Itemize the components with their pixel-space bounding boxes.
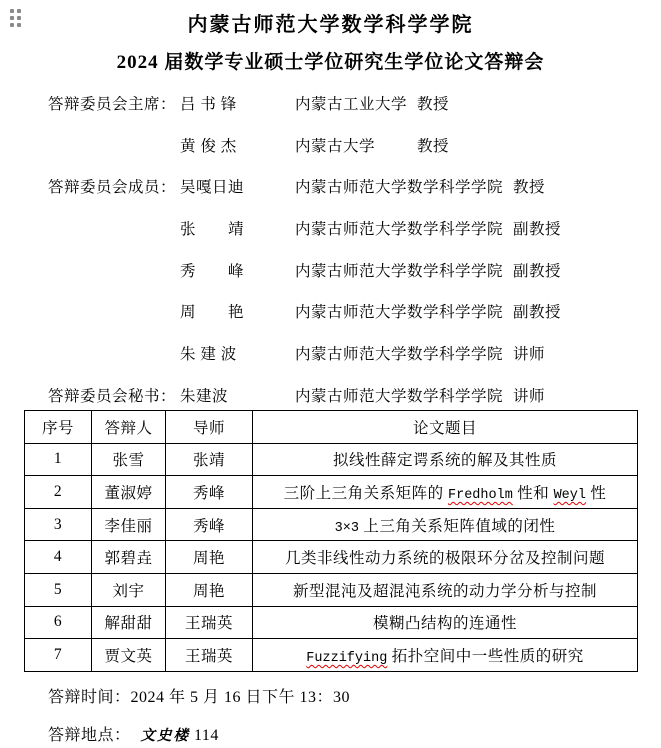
- defense-time-line: 答辩时间：2024 年 5 月 16 日下午 13：30: [48, 684, 350, 707]
- member-name: 秀 峰: [180, 259, 295, 281]
- committee-row: 秀 峰 内蒙古师范大学数学科学学院 副教授: [48, 259, 655, 301]
- cell-thesis-title: 模糊凸结构的连通性: [253, 606, 638, 639]
- cell-no: 5: [25, 573, 92, 606]
- cell-thesis-title: 几类非线性动力系统的极限环分岔及控制问题: [253, 541, 638, 574]
- cell-advisor: 周艳: [166, 573, 253, 606]
- cell-no: 3: [25, 508, 92, 541]
- committee-row: 周 艳 内蒙古师范大学数学科学学院 副教授: [48, 300, 655, 342]
- member-affiliation: 内蒙古师范大学数学科学学院: [295, 217, 503, 239]
- col-header-thesis: 论文题目: [253, 411, 638, 444]
- document-page: 内蒙古师范大学数学科学学院 2024 届数学专业硕士学位研究生学位论文答辩会 答…: [0, 0, 661, 748]
- table-row: 4 郭碧垚 周艳 几类非线性动力系统的极限环分岔及控制问题: [25, 541, 638, 574]
- cell-defender: 李佳丽: [92, 508, 166, 541]
- member-name: 张 靖: [180, 217, 295, 239]
- member-name: 吴嘎日迪: [180, 175, 295, 197]
- cell-advisor: 秀峰: [166, 476, 253, 509]
- member-title: 副教授: [513, 259, 561, 281]
- page-subtitle: 2024 届数学专业硕士学位研究生学位论文答辩会: [0, 47, 661, 74]
- table-row: 3 李佳丽 秀峰 3×3 上三角关系矩阵值域的闭性: [25, 508, 638, 541]
- cell-defender: 解甜甜: [92, 606, 166, 639]
- committee-row: 张 靖 内蒙古师范大学数学科学学院 副教授: [48, 217, 655, 259]
- member-title: 教授: [417, 134, 449, 156]
- member-affiliation: 内蒙古师范大学数学科学学院: [295, 175, 503, 197]
- member-affiliation: 内蒙古大学: [295, 134, 407, 156]
- defense-time-value: 2024 年 5 月 16 日下午 13：30: [131, 689, 351, 706]
- cell-no: 4: [25, 541, 92, 574]
- table-row: 7 贾文英 王瑞英 Fuzzifying 拓扑空间中一些性质的研究: [25, 639, 638, 672]
- member-title: 教授: [417, 92, 449, 114]
- defense-schedule-table: 序号 答辩人 导师 论文题目 1 张雪 张靖 拟线性薛定谔系统的解及其性质 2 …: [24, 410, 638, 672]
- member-name: 朱建波: [180, 384, 295, 406]
- member-name: 朱 建 波: [180, 342, 295, 364]
- misspelled-word: Fuzzifying: [306, 651, 387, 666]
- defense-place-number: 114: [194, 727, 219, 744]
- cell-thesis-title: Fuzzifying 拓扑空间中一些性质的研究: [253, 639, 638, 672]
- cell-advisor: 张靖: [166, 443, 253, 476]
- cell-thesis-title: 拟线性薛定谔系统的解及其性质: [253, 443, 638, 476]
- member-name: 黄 俊 杰: [180, 134, 295, 156]
- table-header-row: 序号 答辩人 导师 论文题目: [25, 411, 638, 444]
- table-row: 6 解甜甜 王瑞英 模糊凸结构的连通性: [25, 606, 638, 639]
- cell-defender: 刘宇: [92, 573, 166, 606]
- committee-row: 朱 建 波 内蒙古师范大学数学科学学院 讲师: [48, 342, 655, 384]
- cell-thesis-title: 新型混沌及超混沌系统的动力学分析与控制: [253, 573, 638, 606]
- member-title: 副教授: [513, 300, 561, 322]
- cell-no: 2: [25, 476, 92, 509]
- member-affiliation: 内蒙古师范大学数学科学学院: [295, 259, 503, 281]
- cell-thesis-title: 3×3 上三角关系矩阵值域的闭性: [253, 508, 638, 541]
- cell-defender: 贾文英: [92, 639, 166, 672]
- member-title: 讲师: [513, 342, 545, 364]
- committee-secretary-label: 答辩委员会秘书：: [48, 384, 180, 406]
- cell-advisor: 秀峰: [166, 508, 253, 541]
- committee-chair-label: 答辩委员会主席：: [48, 92, 180, 114]
- committee-section: 答辩委员会主席： 吕 书 锋 内蒙古工业大学 教授 黄 俊 杰 内蒙古大学 教授…: [48, 92, 655, 426]
- cell-advisor: 周艳: [166, 541, 253, 574]
- committee-row: 答辩委员会主席： 吕 书 锋 内蒙古工业大学 教授: [48, 92, 655, 134]
- member-name: 周 艳: [180, 300, 295, 322]
- defense-place-label: 答辩地点：: [48, 727, 131, 744]
- page-title: 内蒙古师范大学数学科学学院: [0, 8, 661, 37]
- member-title: 副教授: [513, 217, 561, 239]
- cell-no: 1: [25, 443, 92, 476]
- cell-no: 7: [25, 639, 92, 672]
- member-title: 讲师: [513, 384, 545, 406]
- cell-defender: 郭碧垚: [92, 541, 166, 574]
- member-affiliation: 内蒙古工业大学: [295, 92, 407, 114]
- member-name: 吕 书 锋: [180, 92, 295, 114]
- defense-place-name: 文史楼: [141, 728, 191, 744]
- col-header-advisor: 导师: [166, 411, 253, 444]
- table-row: 2 董淑婷 秀峰 三阶上三角关系矩阵的 Fredholm 性和 Weyl 性: [25, 476, 638, 509]
- committee-members-label: 答辩委员会成员：: [48, 175, 180, 197]
- defense-place-line: 答辩地点：文史楼114: [48, 722, 219, 745]
- defense-time-label: 答辩时间：: [48, 689, 131, 706]
- committee-row: 答辩委员会成员： 吴嘎日迪 内蒙古师范大学数学科学学院 教授: [48, 175, 655, 217]
- col-header-no: 序号: [25, 411, 92, 444]
- committee-row: 黄 俊 杰 内蒙古大学 教授: [48, 134, 655, 176]
- cell-advisor: 王瑞英: [166, 639, 253, 672]
- member-affiliation: 内蒙古师范大学数学科学学院: [295, 300, 503, 322]
- misspelled-word: Weyl: [554, 488, 586, 503]
- cell-defender: 张雪: [92, 443, 166, 476]
- member-title: 教授: [513, 175, 545, 197]
- member-affiliation: 内蒙古师范大学数学科学学院: [295, 384, 503, 406]
- table-row: 1 张雪 张靖 拟线性薛定谔系统的解及其性质: [25, 443, 638, 476]
- cell-advisor: 王瑞英: [166, 606, 253, 639]
- cell-no: 6: [25, 606, 92, 639]
- cell-defender: 董淑婷: [92, 476, 166, 509]
- col-header-defender: 答辩人: [92, 411, 166, 444]
- misspelled-word: Fredholm: [448, 488, 513, 503]
- cell-thesis-title: 三阶上三角关系矩阵的 Fredholm 性和 Weyl 性: [253, 476, 638, 509]
- member-affiliation: 内蒙古师范大学数学科学学院: [295, 342, 503, 364]
- table-row: 5 刘宇 周艳 新型混沌及超混沌系统的动力学分析与控制: [25, 573, 638, 606]
